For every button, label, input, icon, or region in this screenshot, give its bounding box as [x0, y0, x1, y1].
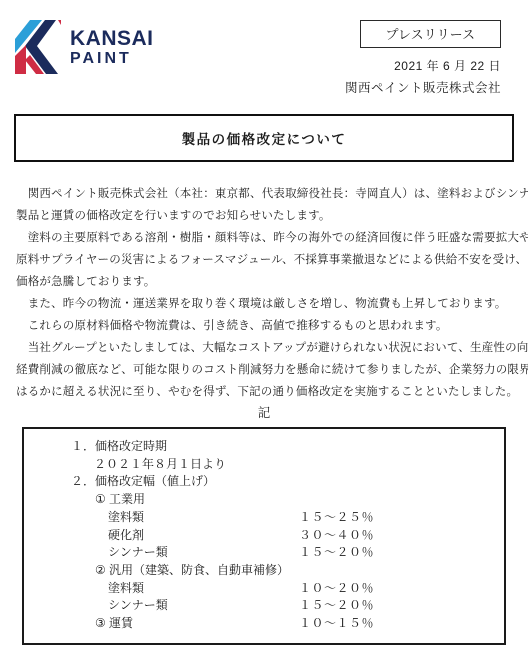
record-mark: 記 — [0, 403, 528, 423]
group-marker: ① — [95, 491, 108, 509]
body-text-line: 製品と運賃の価格改定を行いますのでお知らせいたします。 — [16, 205, 512, 227]
price-row-label: 塗料類 — [108, 580, 299, 598]
price-row: シンナー類 １５～２０％ — [108, 544, 496, 562]
press-release-badge: プレスリリース — [360, 20, 501, 48]
body-text-line: 塗料の主要原料である溶剤・樹脂・顔料等は、昨今の海外での経済回復に伴う旺盛な需要… — [16, 227, 512, 249]
logo-wordmark: KANSAI PAINT — [70, 27, 154, 68]
kansai-paint-logo: KANSAI PAINT — [15, 20, 154, 74]
section1-heading: １．価格改定時期 — [71, 438, 496, 456]
price-row-value: １０～２０％ — [299, 580, 374, 598]
company-name: 関西ペイント販売株式会社 — [345, 78, 501, 96]
body-text-line: 当社グループといたしましては、大幅なコストアップが避けられない状況において、生産… — [16, 337, 512, 359]
body-text-line: はるかに超える状況に至り、やむを得ず、下記の通り価格改定を実施することといたしま… — [16, 381, 512, 403]
revision-date-value: ２０２１年８月１日より — [94, 456, 496, 474]
group-name: 汎用（建築、防食、自動車補修） — [109, 562, 289, 580]
release-date: 2021 年 6 月 22 日 — [345, 57, 501, 74]
body-text: 関西ペイント販売株式会社（本社：東京都、代表取締役社長：寺岡直人）は、塗料および… — [16, 183, 512, 403]
price-row-label: 硬化剤 — [108, 527, 299, 545]
group-marker: ② — [95, 562, 108, 580]
document-title: 製品の価格改定について — [182, 128, 347, 148]
body-text-line: また、昨今の物流・運送業界を取り巻く環境は厳しさを増し、物流費も上昇しております… — [16, 293, 512, 315]
price-revision-details-box: １．価格改定時期 ２０２１年８月１日より ２．価格改定幅（値上げ） ① 工業用 … — [22, 427, 506, 645]
price-row-label: 運賃 — [109, 615, 299, 633]
price-row-label: シンナー類 — [108, 544, 299, 562]
section1-title: 価格改定時期 — [95, 439, 167, 453]
group-industrial: ① 工業用 — [95, 491, 496, 509]
header-meta: プレスリリース 2021 年 6 月 22 日 関西ペイント販売株式会社 — [345, 20, 501, 96]
price-row: シンナー類 １５～２０％ — [108, 597, 496, 615]
price-row-value: １０～１５％ — [299, 615, 374, 633]
body-text-line: 経費削減の徹底など、可能な限りのコスト削減努力を懸命に続けて参りましたが、企業努… — [16, 359, 512, 381]
group-name: 工業用 — [109, 491, 145, 509]
body-text-line: 価格が急騰しております。 — [16, 271, 512, 293]
section1-number: １． — [71, 439, 95, 453]
price-row: 塗料類 １０～２０％ — [108, 580, 496, 598]
press-release-page: KANSAI PAINT プレスリリース 2021 年 6 月 22 日 関西ペ… — [0, 0, 528, 651]
group-general-use: ② 汎用（建築、防食、自動車補修） — [95, 562, 496, 580]
price-row-value: １５～２５％ — [299, 509, 374, 527]
price-row-label: シンナー類 — [108, 597, 299, 615]
body-text-line: 原料サプライヤーの災害によるフォースマジュール、不採算事業撤退などによる供給不安… — [16, 249, 512, 271]
page-header: KANSAI PAINT プレスリリース 2021 年 6 月 22 日 関西ペ… — [0, 0, 528, 88]
group-marker: ③ — [95, 615, 108, 633]
price-row-value: １５～２０％ — [299, 597, 374, 615]
price-row-value: ３０～４０％ — [299, 527, 374, 545]
body-text-line: これらの原材料価格や物流費は、引き続き、高値で推移するものと思われます。 — [16, 315, 512, 337]
logo-brand-paint: PAINT — [70, 50, 154, 68]
price-row: 硬化剤 ３０～４０％ — [108, 527, 496, 545]
press-release-label: プレスリリース — [386, 27, 475, 42]
price-row-label: 塗料類 — [108, 509, 299, 527]
price-row: 塗料類 １５～２５％ — [108, 509, 496, 527]
group-freight: ③ 運賃 １０～１５％ — [95, 615, 496, 633]
body-text-line: 関西ペイント販売株式会社（本社：東京都、代表取締役社長：寺岡直人）は、塗料および… — [16, 183, 512, 205]
price-row-value: １５～２０％ — [299, 544, 374, 562]
document-title-box: 製品の価格改定について — [14, 114, 514, 162]
section2-heading: ２．価格改定幅（値上げ） — [71, 473, 496, 491]
logo-brand-kansai: KANSAI — [70, 27, 154, 50]
kansai-k-icon — [15, 20, 61, 74]
section2-title: 価格改定幅（値上げ） — [95, 474, 215, 488]
section2-number: ２． — [71, 474, 95, 488]
